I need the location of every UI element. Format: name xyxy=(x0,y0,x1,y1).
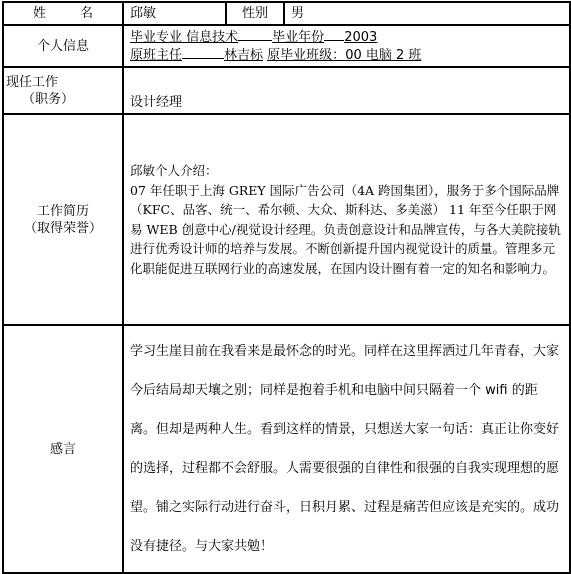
quote-body: 学习生崖目前在我看来是最怀念的时光。同样在这里挥洒过几年青春，大家今后结局却天壤… xyxy=(130,332,563,566)
class-value: 00 电脑 2 班 xyxy=(345,48,421,63)
name-value: 邱敏 xyxy=(123,2,226,25)
row-name: 姓名 邱敏 性别 男 xyxy=(3,2,570,25)
profile-table: 姓名 邱敏 性别 男 个人信息 毕业专业 信息技术毕业年份2003 原班主任林吉… xyxy=(2,1,571,574)
current-job-label-line1: 现任工作 xyxy=(6,74,122,91)
blank xyxy=(324,28,344,41)
resume-value: 邱敏个人介绍： 07 年任职于上海 GREY 国际广告公司（4A 跨国集团），服… xyxy=(123,114,570,325)
blank xyxy=(182,46,224,59)
year-label: 毕业年份 xyxy=(272,30,324,45)
resume-label-line2: （取得荣誉） xyxy=(4,220,122,237)
class-label: 原毕业班级： xyxy=(267,48,345,63)
year-value: 2003 xyxy=(344,30,377,45)
row-current-job: 现任工作 （职务） 设计经理 xyxy=(3,67,570,114)
teacher-value: 林吉标 xyxy=(224,48,263,63)
teacher-label: 原班主任 xyxy=(130,48,182,63)
row-personal-info: 个人信息 毕业专业 信息技术毕业年份2003 原班主任林吉标 原毕业班级：00 … xyxy=(3,25,570,67)
quote-value: 学习生崖目前在我看来是最怀念的时光。同样在这里挥洒过几年青春，大家今后结局却天壤… xyxy=(123,325,570,573)
name-label-char-1: 姓 xyxy=(33,5,46,22)
major-text: 信息技术 xyxy=(186,30,238,45)
personal-info-value: 毕业专业 信息技术毕业年份2003 原班主任林吉标 原毕业班级：00 电脑 2 … xyxy=(123,25,570,67)
name-label: 姓名 xyxy=(3,2,123,25)
major-value: 信息技术 xyxy=(182,30,238,45)
resume-label: 工作简历 （取得荣誉） xyxy=(3,114,123,325)
current-job-label: 现任工作 （职务） xyxy=(3,67,123,114)
quote-label: 感言 xyxy=(3,325,123,573)
current-job-value: 设计经理 xyxy=(123,67,570,114)
graduation-line: 毕业专业 信息技术毕业年份2003 xyxy=(130,28,569,46)
resume-body: 07 年任职于上海 GREY 国际广告公司（4A 跨国集团），服务于多个国际品牌… xyxy=(130,181,563,279)
name-label-char-2: 名 xyxy=(80,5,93,22)
class-line: 原班主任林吉标 原毕业班级：00 电脑 2 班 xyxy=(130,46,569,64)
gender-value: 男 xyxy=(284,2,570,25)
major-label: 毕业专业 xyxy=(130,30,182,45)
gender-label: 性别 xyxy=(226,2,284,25)
blank xyxy=(238,28,272,41)
row-resume: 工作简历 （取得荣誉） 邱敏个人介绍： 07 年任职于上海 GREY 国际广告公… xyxy=(3,114,570,325)
current-job-label-line2: （职务） xyxy=(6,91,122,108)
resume-title: 邱敏个人介绍： xyxy=(130,161,563,181)
row-quote: 感言 学习生崖目前在我看来是最怀念的时光。同样在这里挥洒过几年青春，大家今后结局… xyxy=(3,325,570,573)
profile-form: 姓名 邱敏 性别 男 个人信息 毕业专业 信息技术毕业年份2003 原班主任林吉… xyxy=(2,1,569,571)
resume-label-line1: 工作简历 xyxy=(4,203,122,220)
personal-info-label: 个人信息 xyxy=(3,25,123,67)
